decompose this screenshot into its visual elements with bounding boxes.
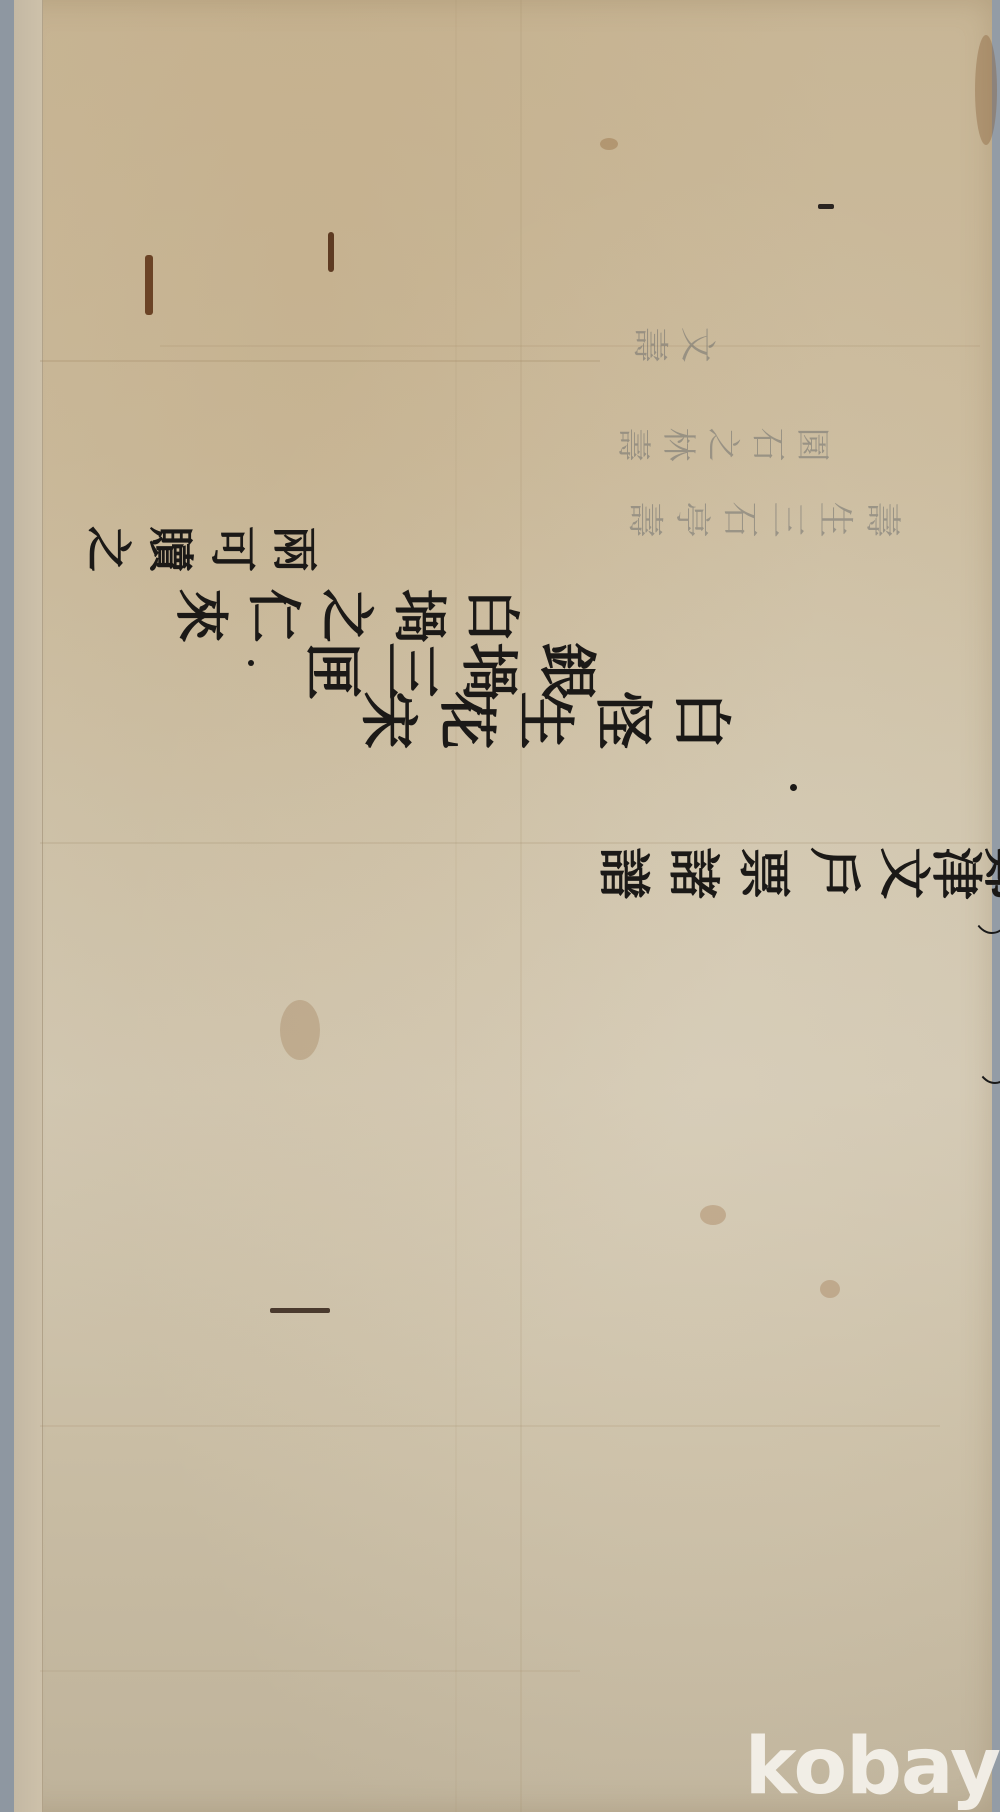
stain xyxy=(600,138,618,150)
fold-line xyxy=(455,0,457,1812)
faint-bleed-text: 文 壽 xyxy=(634,316,717,367)
stain xyxy=(328,232,334,272)
stain xyxy=(975,35,997,145)
ink-spot xyxy=(248,660,254,666)
fold-line xyxy=(40,1425,940,1427)
stain xyxy=(700,1205,726,1225)
ink-spot xyxy=(270,1308,330,1313)
ink-spot xyxy=(790,784,797,791)
fold-line xyxy=(40,1670,580,1672)
kobay-watermark: kobay xyxy=(745,1728,1000,1806)
calligraphy-column: 白 堝 之 仁 來 xyxy=(176,574,521,651)
stain xyxy=(820,1280,840,1298)
fold-line xyxy=(40,360,600,362)
ink-spot xyxy=(818,204,834,209)
faint-bleed-text: 壽 生 三 石 亭 壽 xyxy=(629,491,902,542)
calligraphy-column: 兩 可 贖 之 xyxy=(87,513,319,579)
faint-bleed-text: 園 石 之 林 壽 xyxy=(618,417,831,466)
fold-line xyxy=(160,345,980,347)
calligraphy-column: 鄭津文 戶 票 諸 譜 xyxy=(599,831,1000,906)
stain xyxy=(280,1000,320,1060)
stain xyxy=(145,255,153,315)
paper-margin-strip xyxy=(14,0,43,1812)
fold-line xyxy=(520,0,522,1812)
document-paper xyxy=(14,0,992,1812)
